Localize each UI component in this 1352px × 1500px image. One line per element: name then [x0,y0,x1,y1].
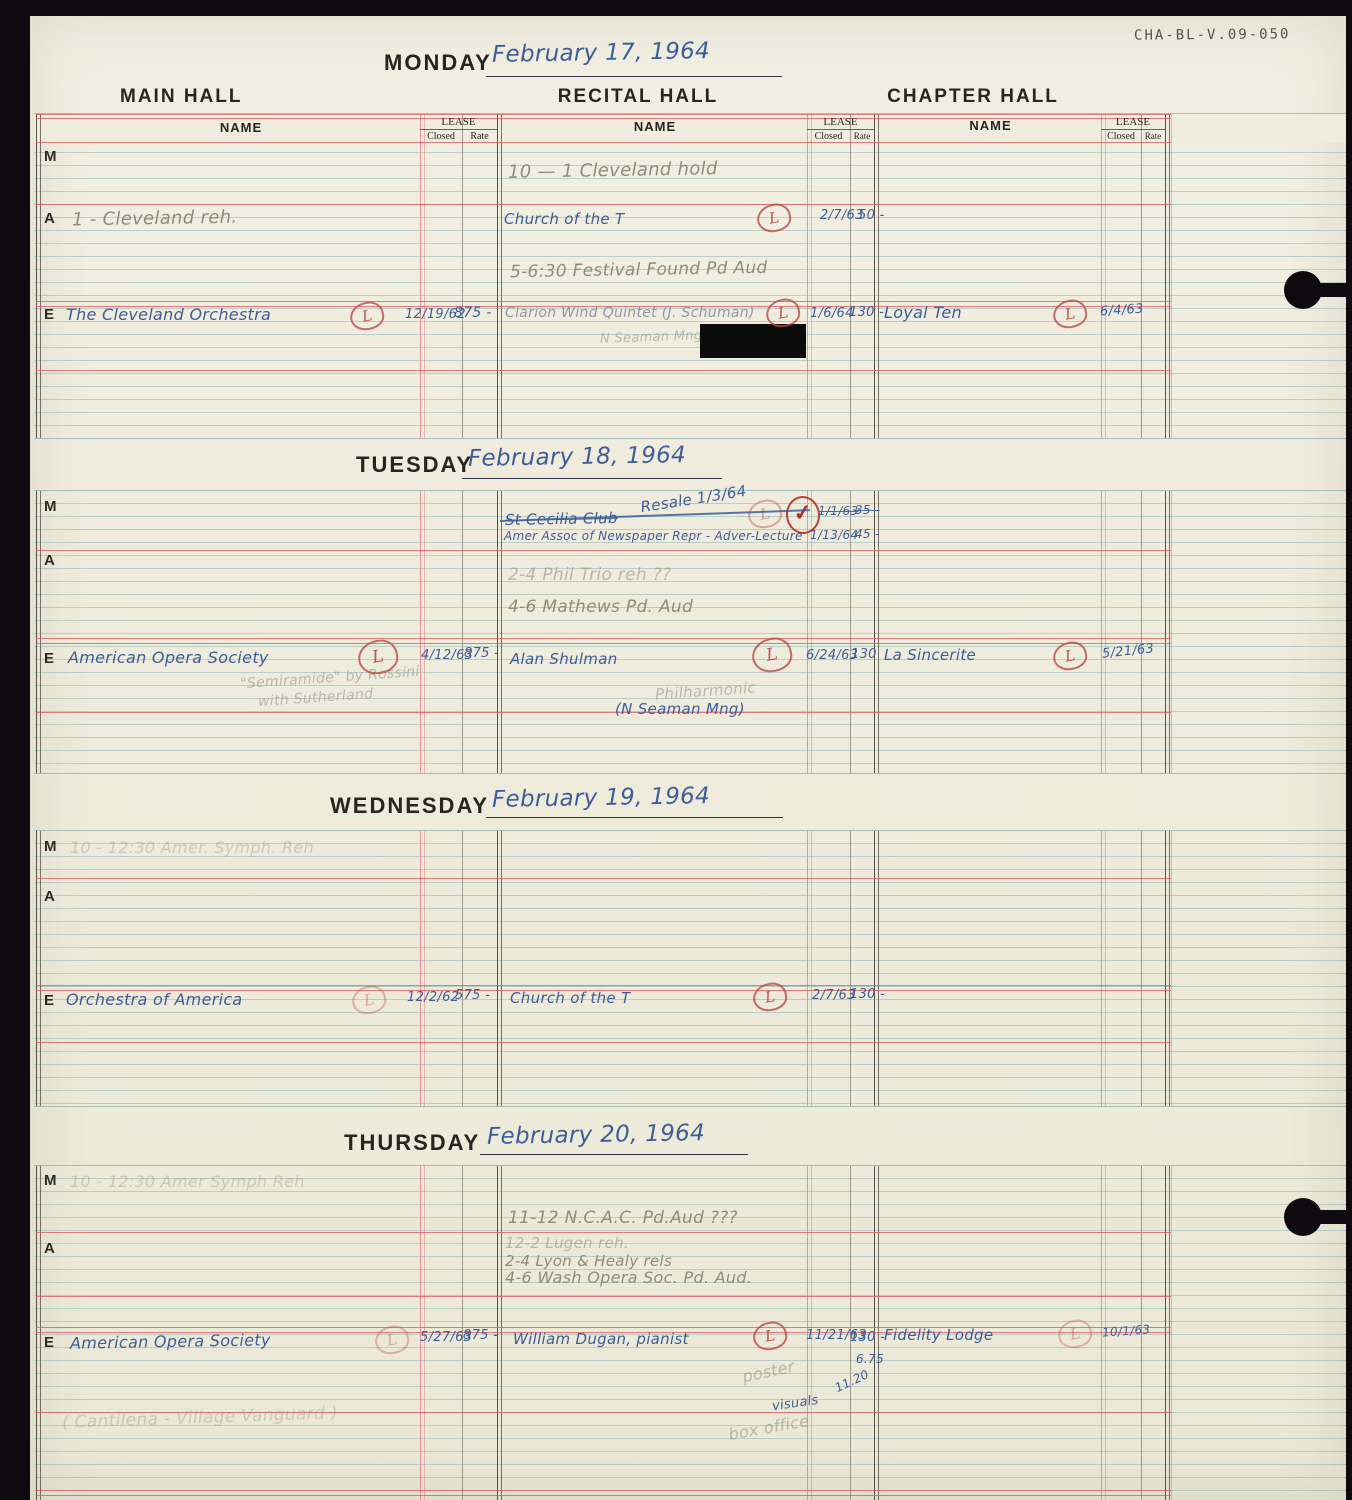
col-header-rate-chapter: Rate [1141,131,1165,141]
entry-thu-main-e-name: American Opera Society [70,1330,271,1352]
entry-thu-main-e-rate: 875 - [463,1328,498,1343]
date-underline [486,817,783,818]
entry-thu-main-morning: 10 - 12:30 Amer Symph Reh [70,1172,305,1191]
entry-wed-recital-e-rate: 130 - [850,987,885,1002]
rule [36,1232,1171,1233]
col-header-closed-main: Closed [420,131,462,142]
rule [36,114,1171,115]
entry-wed-main-e-rate: 575 - [455,988,490,1003]
entry-mon-main-afternoon: 1 - Cleveland reh. [72,207,238,231]
lease-header-recital: LEASE [807,116,874,128]
rule [36,142,1171,143]
entry-wed-main-e-closed: 12/2/62 [407,990,459,1005]
entry-thu-recital-e-name: William Dugan, pianist [513,1330,689,1348]
entry-mon-recital-e-closed: 1/6/64 [810,306,854,321]
entry-tue-recital-e-name: Alan Shulman [510,650,618,668]
ledger-page-scan: CHA-BL-V.09-050 MONDAY February 17, 1964… [0,0,1352,1500]
entry-tue-recital-e-rate: 130 [851,647,877,662]
entry-thu-recital-morning: 11-12 N.C.A.C. Pd.Aud ??? [508,1208,738,1228]
col-header-closed-chapter: Closed [1101,131,1141,142]
lease-header-rule [420,129,497,130]
entry-tue-chapter-e-name: La Sincerite [884,646,976,664]
col-header-rate-recital: Rate [850,131,874,141]
row-label-thu-a: A [44,1240,55,1257]
lease-header-main: LEASE [420,116,497,128]
punch-notch-bottom [1316,1210,1352,1224]
entry-tue-main-e-rate: 875 - [464,646,499,661]
entry-mon-recital-a-rate: 50 - [858,208,885,223]
row-label-wed-e: E [44,992,54,1009]
date-underline [486,76,782,77]
rule [36,204,1171,205]
rule [36,550,1171,551]
redaction-box [700,324,806,358]
rule [36,643,1171,644]
doc-code: CHA-BL-V.09-050 [1134,26,1291,43]
entry-mon-recital-morning: 10 — 1 Cleveland hold [508,158,718,183]
day-date-wednesday: February 19, 1964 [492,783,710,813]
rule [36,301,1171,302]
row-label-mon-a: A [44,210,55,227]
entry-tue-recital-m-rate: 45 - [855,527,880,541]
entry-mon-recital-a-name: Church of the T [504,210,624,228]
lease-header-rule [807,129,874,130]
col-header-name-main: NAME [62,120,420,135]
row-label-thu-m: M [44,1172,57,1189]
hall-title-main: MAIN HALL [120,86,320,108]
day-title-thursday: THURSDAY [344,1130,480,1156]
hall-title-chapter: CHAPTER HALL [868,86,1078,108]
entry-mon-chapter-e-name: Loyal Ten [884,303,962,322]
col-header-rate-main: Rate [462,131,497,142]
day-title-monday: MONDAY [384,50,492,76]
rule [36,878,1171,879]
entry-thu-recital-e-rate2: 6.75 [856,1352,884,1366]
row-label-tue-m: M [44,498,57,515]
entry-mon-recital-e-rate: 130 - [849,305,884,320]
rule [36,638,1171,639]
entry-thu-recital-e-rate: 130 - [850,1330,885,1345]
entry-wed-main-e-name: Orchestra of America [66,990,243,1009]
hall-title-recital: RECITAL HALL [533,86,743,108]
col-header-closed-recital: Closed [807,131,850,142]
row-label-tue-a: A [44,552,55,569]
row-label-mon-e: E [44,306,54,323]
row-label-mon-m: M [44,148,57,165]
lease-header-rule [1101,129,1165,130]
row-label-wed-a: A [44,888,55,905]
entry-tue-recital-m-rate-old: 35 - [855,503,880,517]
entry-thu-chapter-e-name: Fidelity Lodge [884,1326,993,1344]
entry-tue-recital-m-closed-old: 1/1/63 [818,504,858,518]
entry-mon-main-evening-name: The Cleveland Orchestra [66,305,271,324]
lease-header-chapter: LEASE [1101,116,1165,128]
rule [36,712,1171,713]
rule [36,1495,1171,1496]
punch-notch-top [1316,283,1352,297]
rule [36,1490,1171,1491]
rule [36,985,1171,986]
row-label-tue-e: E [44,650,54,667]
entry-tue-recital-m-name: Amer Assoc of Newspaper Repr - Adver-Lec… [504,529,803,543]
day-block-wednesday [34,830,1346,1107]
col-header-name-recital: NAME [503,119,807,134]
entry-tue-recital-e-note: (N Seaman Mng) [615,700,745,718]
rule [36,1042,1171,1043]
col-header-name-chapter: NAME [880,118,1101,133]
rule [36,1296,1171,1297]
entry-tue-recital-a-note2: 4-6 Mathews Pd. Aud [508,597,693,617]
rule [36,1327,1171,1328]
row-label-thu-e: E [44,1334,54,1351]
entry-mon-recital-e-name: Clarion Wind Quintet (J. Schuman) [505,305,755,321]
day-title-wednesday: WEDNESDAY [330,793,489,819]
rule [36,370,1171,371]
date-underline [480,1154,748,1155]
day-date-monday: February 17, 1964 [492,38,710,68]
day-date-tuesday: February 18, 1964 [468,442,686,472]
entry-tue-main-e-name: American Opera Society [68,648,269,667]
entry-mon-main-e-rate: 875 - [454,305,492,321]
date-underline [462,478,722,479]
day-title-tuesday: TUESDAY [356,452,473,478]
entry-tue-recital-a-note1: 2-4 Phil Trio reh ?? [508,565,671,585]
row-label-wed-m: M [44,838,57,855]
entry-thu-recital-a-note1: 12-2 Lugen reh. [505,1234,629,1252]
entry-tue-recital-m-closed: 1/13/64 [810,528,858,542]
entry-mon-chapter-e-closed: 6/4/63 [1100,301,1145,319]
day-date-thursday: February 20, 1964 [487,1120,705,1150]
entry-thu-recital-a-note3: 4-6 Wash Opera Soc. Pd. Aud. [505,1268,752,1287]
entry-wed-main-morning: 10 - 12:30 Amer. Symph. Reh [70,838,314,857]
entry-wed-recital-e-name: Church of the T [510,989,630,1007]
